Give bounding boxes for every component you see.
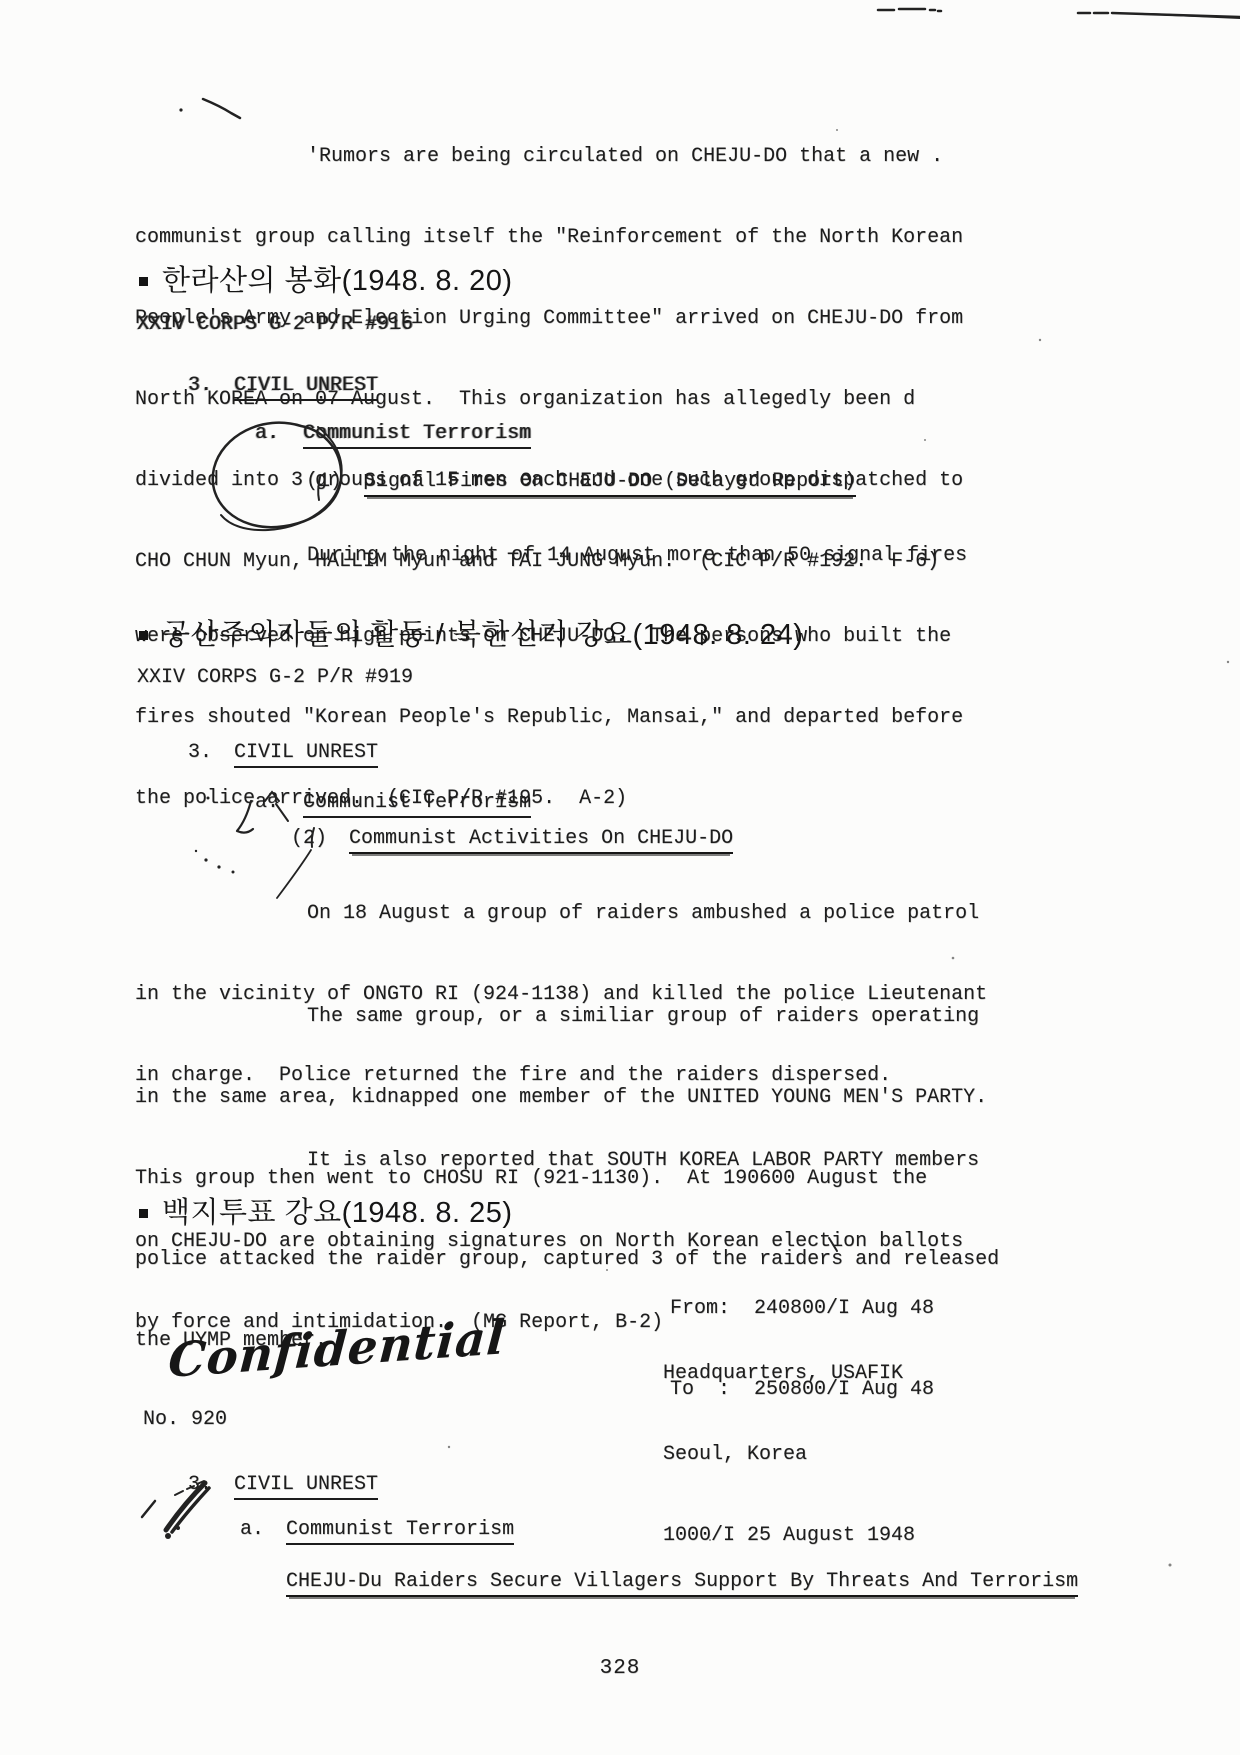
intro-line: communist group calling itself the "Rein…: [135, 224, 963, 251]
square-bullet-icon: [139, 1209, 148, 1218]
paragraph-line: During the night of 14 August more than …: [307, 542, 967, 569]
intro-line: 'Rumors are being circulated on CHEJU-DO…: [307, 143, 963, 170]
headline-title: CHEJU-Du Raiders Secure Villagers Suppor…: [286, 1570, 1078, 1597]
korean-note-text: 공산주의자들의 활동 / 북한선거 강요(1948. 8. 24): [162, 619, 803, 651]
paragraph-line: On 18 August a group of raiders ambushed…: [307, 900, 987, 927]
paragraph-line: The same group, or a similiar group of r…: [307, 1003, 999, 1030]
top-edge-line: [1078, 13, 1240, 17]
ink-blot: [176, 1526, 180, 1530]
korean-note-text: 백지투표 강요(1948. 8. 25): [162, 1197, 513, 1229]
hq-line: Headquarters, USAFIK: [663, 1360, 915, 1387]
report-920-number: No. 920: [143, 1406, 227, 1433]
section-number: 3.: [188, 741, 212, 764]
square-bullet-icon: [139, 631, 148, 640]
paragraph-line: It is also reported that SOUTH KOREA LAB…: [307, 1147, 979, 1174]
hq-line: Seoul, Korea: [663, 1441, 915, 1468]
subsection-letter: a.: [240, 1518, 264, 1541]
ink-blot: [165, 1533, 171, 1539]
page-number: 328: [0, 1655, 1240, 1682]
top-dash-marks: [878, 9, 941, 11]
korean-note-3: 백지투표 강요(1948. 8. 25): [139, 1190, 513, 1231]
scanned-document-page: 'Rumors are being circulated on CHEJU-DO…: [0, 0, 1240, 1755]
top-edge-line-thick: [1150, 14, 1240, 18]
square-bullet-icon: [139, 277, 148, 286]
korean-note-1: 한라산의 봉화(1948. 8. 20): [139, 258, 513, 299]
report-919-header: XXIV CORPS G-2 P/R #919: [137, 664, 413, 691]
korean-note-text: 한라산의 봉화(1948. 8. 20): [162, 265, 513, 297]
report-916-header: XXIV CORPS G-2 P/R #916: [137, 311, 413, 338]
korean-note-2: 공산주의자들의 활동 / 북한선거 강요(1948. 8. 24): [139, 612, 803, 653]
report-920-headline: CHEJU-Du Raiders Secure Villagers Suppor…: [238, 1541, 1078, 1622]
